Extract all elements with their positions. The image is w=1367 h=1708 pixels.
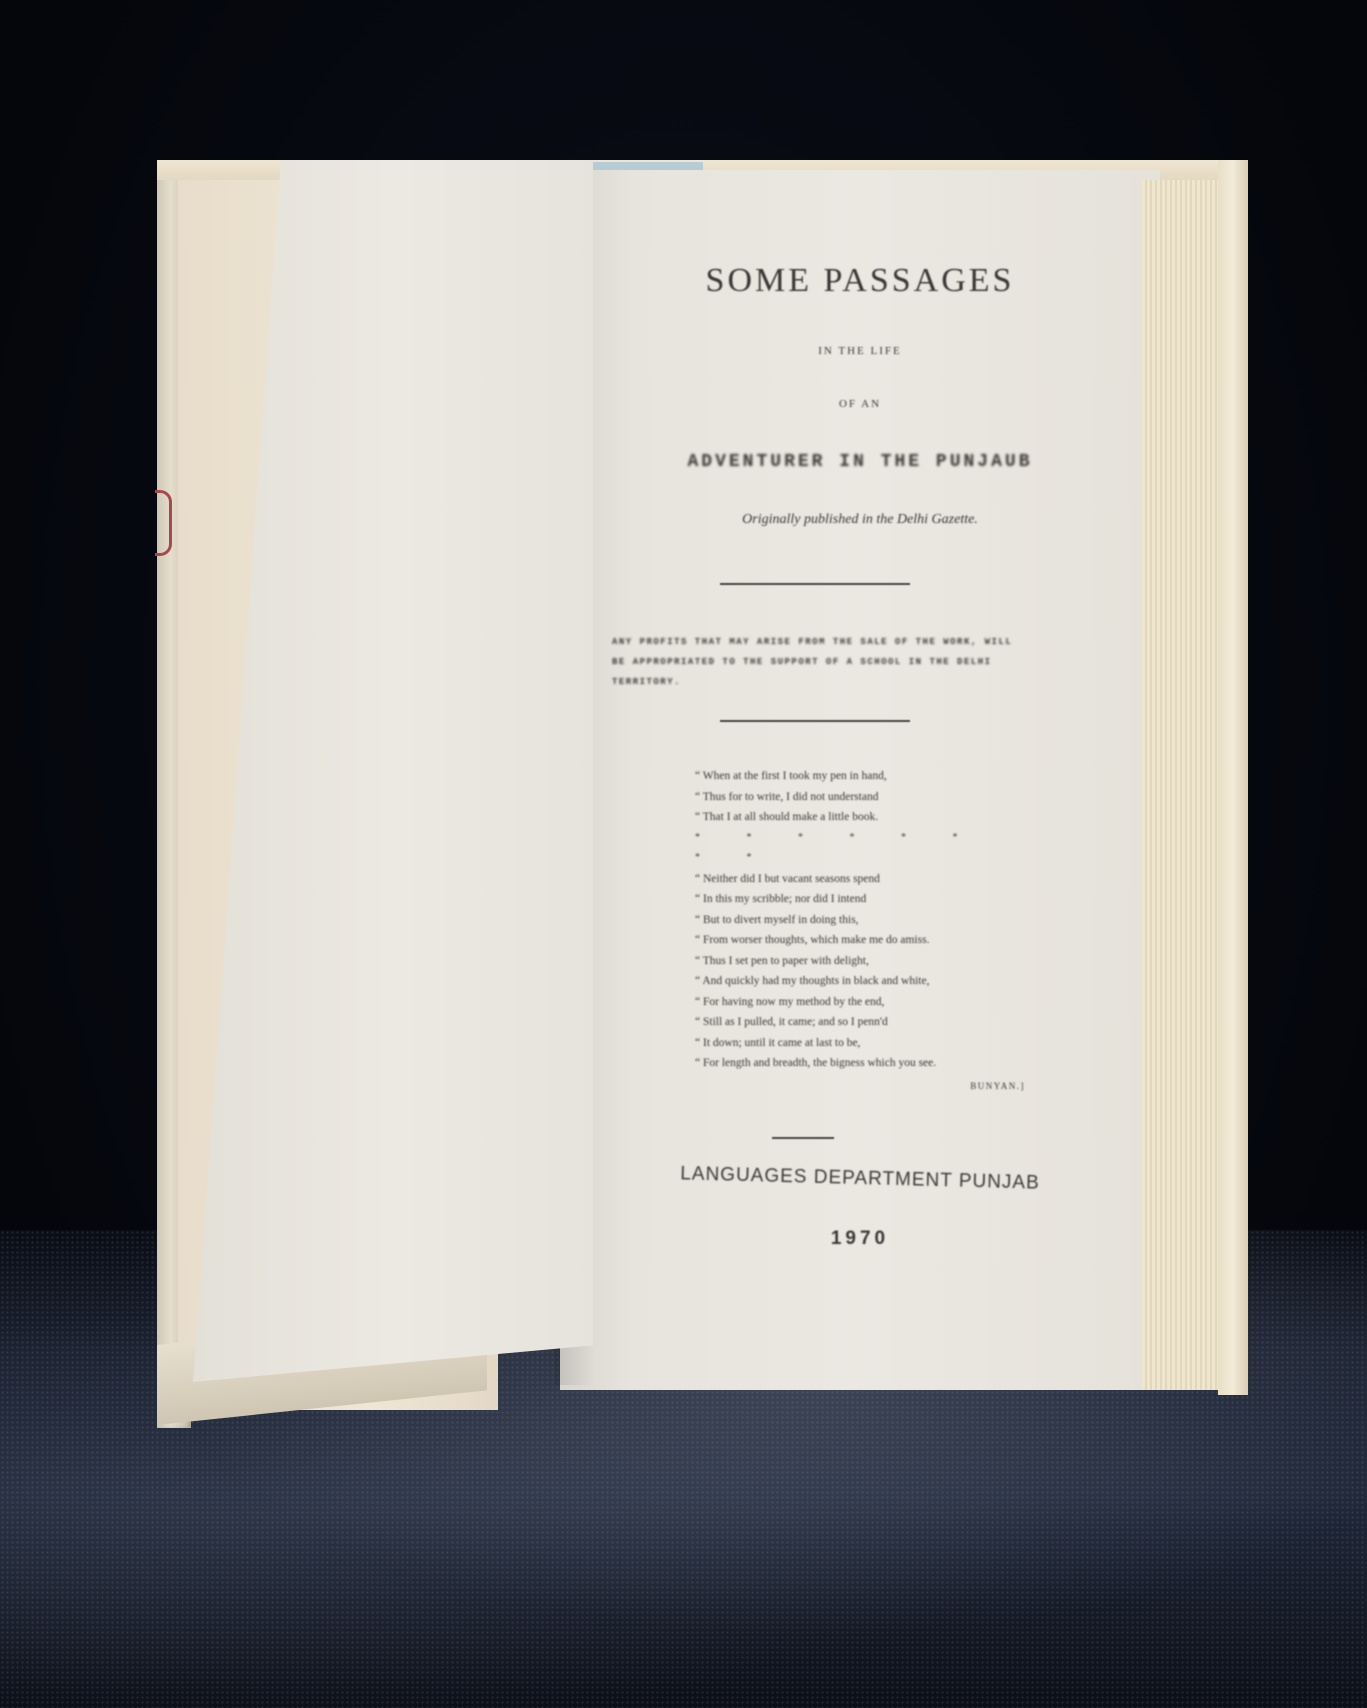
dedication-note: ANY PROFITS THAT MAY ARISE FROM THE SALE… [612,632,1032,692]
poem-line: It down; until it came at last to be, [695,1033,1025,1054]
poem-line: Still as I pulled, it came; and so I pen… [695,1012,1025,1033]
poem-line: Thus I set pen to paper with delight, [695,951,1025,972]
spine-decoration [155,490,172,556]
epigraph-poem: When at the first I took my pen in hand,… [695,766,1025,1096]
poem-attribution: BUNYAN.] [695,1076,1025,1097]
poem-line: From worser thoughts, which make me do a… [695,930,1025,951]
poem-line: When at the first I took my pen in hand, [695,766,1025,787]
poem-ellipsis-stars: * * * * * * * * [695,828,1025,869]
poem-line: Neither did I but vacant seasons spend [695,869,1025,890]
poem-line: And quickly had my thoughts in black and… [695,971,1025,992]
poem-line: For length and breadth, the bigness whic… [695,1053,1025,1074]
book-subject: ADVENTURER IN THE PUNJAUB [560,452,1160,472]
origin-note: Originally published in the Delhi Gazett… [560,512,1160,528]
front-cover-board [1218,160,1248,1395]
page-block-edges [1142,180,1222,1390]
title-line-2: IN THE LIFE [560,345,1160,357]
divider-rule [720,720,910,722]
poem-line: But to divert myself in doing this, [695,910,1025,931]
publication-year: 1970 [560,1228,1160,1250]
divider-rule [720,583,910,585]
poem-line: In this my scribble; nor did I intend [695,889,1025,910]
title-line-3: OF AN [560,398,1160,410]
book-title: SOME PASSAGES [560,262,1160,300]
short-rule [772,1137,834,1139]
poem-line: That I at all should make a little book. [695,807,1025,828]
poem-line: For having now my method by the end, [695,992,1025,1013]
poem-line: Thus for to write, I did not understand [695,787,1025,808]
